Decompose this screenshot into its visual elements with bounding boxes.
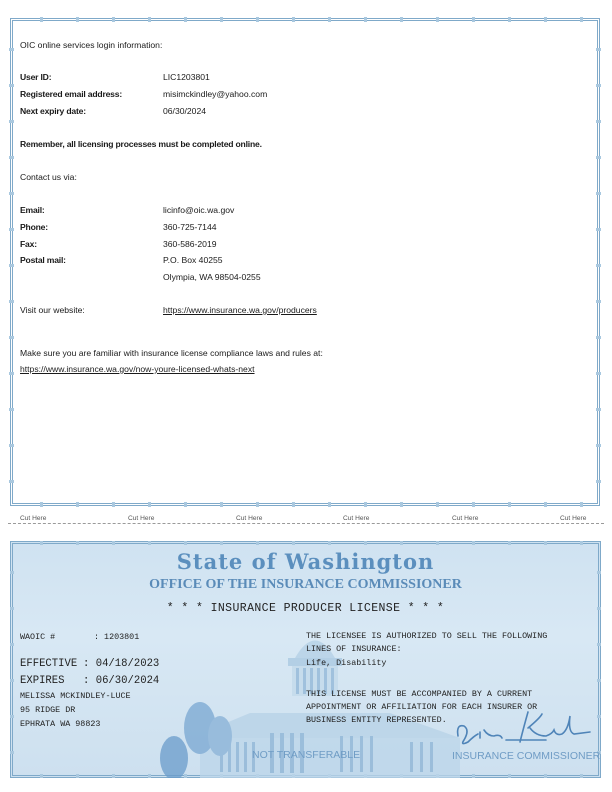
chain-border-right bbox=[596, 18, 601, 506]
user-id-value: LIC1203801 bbox=[163, 72, 210, 82]
contact-postal-line2: Olympia, WA 98504-0255 bbox=[163, 272, 261, 282]
chain-border-bottom bbox=[10, 502, 600, 507]
licensee-address-line1: 95 RIDGE DR bbox=[20, 705, 75, 715]
compliance-text: Make sure you are familiar with insuranc… bbox=[20, 348, 323, 358]
compliance-link[interactable]: https://www.insurance.wa.gov/now-youre-l… bbox=[20, 364, 255, 374]
login-info-card: OIC online services login information: U… bbox=[10, 18, 600, 506]
contact-heading: Contact us via: bbox=[20, 172, 77, 182]
authorization-line2: LINES OF INSURANCE: bbox=[306, 644, 402, 654]
waoic-label: WAOIC # bbox=[20, 632, 55, 642]
contact-phone-value: 360-725-7144 bbox=[163, 222, 217, 232]
cut-here-label: Cut Here bbox=[236, 515, 262, 522]
licensee-address-line2: EPHRATA WA 98823 bbox=[20, 719, 100, 729]
contact-email-label: Email: bbox=[20, 205, 45, 215]
contact-postal-line1: P.O. Box 40255 bbox=[163, 255, 223, 265]
website-label: Visit our website: bbox=[20, 305, 85, 315]
contact-fax-value: 360-586-2019 bbox=[163, 239, 217, 249]
email-label: Registered email address: bbox=[20, 89, 122, 99]
producers-website-link[interactable]: https://www.insurance.wa.gov/producers bbox=[163, 305, 317, 315]
insurance-producer-license-card: State of Washington OFFICE OF THE INSURA… bbox=[10, 541, 601, 778]
cut-here-label: Cut Here bbox=[128, 515, 154, 522]
contact-postal-label: Postal mail: bbox=[20, 255, 66, 265]
notice-line3: BUSINESS ENTITY REPRESENTED. bbox=[306, 715, 447, 725]
waoic-number: : 1203801 bbox=[94, 632, 139, 642]
effective-label: EFFECTIVE bbox=[20, 658, 77, 670]
lines-of-insurance: Life, Disability bbox=[306, 658, 386, 668]
expiry-value: 06/30/2024 bbox=[163, 106, 206, 116]
login-info-heading: OIC online services login information: bbox=[20, 40, 162, 50]
notice-line1: THIS LICENSE MUST BE ACCOMPANIED BY A CU… bbox=[306, 689, 532, 699]
online-reminder: Remember, all licensing processes must b… bbox=[20, 139, 262, 149]
license-type-heading: * * * INSURANCE PRODUCER LICENSE * * * bbox=[10, 602, 601, 615]
contact-phone-label: Phone: bbox=[20, 222, 48, 232]
chain-border-left bbox=[9, 18, 14, 506]
chain-border-top bbox=[10, 541, 601, 545]
licensee-name: MELISSA MCKINDLEY-LUCE bbox=[20, 691, 131, 701]
commissioner-signature bbox=[450, 706, 595, 756]
cut-here-label: Cut Here bbox=[560, 515, 586, 522]
expiry-label: Next expiry date: bbox=[20, 106, 86, 116]
cut-here-label: Cut Here bbox=[343, 515, 369, 522]
office-title: OFFICE OF THE INSURANCE COMMISSIONER bbox=[10, 577, 601, 593]
email-value: misimckindley@yahoo.com bbox=[163, 89, 267, 99]
contact-fax-label: Fax: bbox=[20, 239, 37, 249]
cut-here-label: Cut Here bbox=[20, 515, 46, 522]
expires-date: : 06/30/2024 bbox=[83, 675, 159, 687]
contact-email-value: licinfo@oic.wa.gov bbox=[163, 205, 234, 215]
authorization-line1: THE LICENSEE IS AUTHORIZED TO SELL THE F… bbox=[306, 631, 547, 641]
commissioner-title: INSURANCE COMMISSIONER bbox=[452, 750, 600, 762]
expires-label: EXPIRES bbox=[20, 675, 65, 687]
cut-here-label: Cut Here bbox=[452, 515, 478, 522]
user-id-label: User ID: bbox=[20, 72, 51, 82]
state-title: State of Washington bbox=[10, 549, 601, 574]
chain-border-top bbox=[10, 17, 600, 22]
effective-date: : 04/18/2023 bbox=[83, 658, 159, 670]
cut-line bbox=[8, 523, 604, 524]
not-transferable-stamp: NOT TRANSFERABLE bbox=[252, 749, 360, 761]
